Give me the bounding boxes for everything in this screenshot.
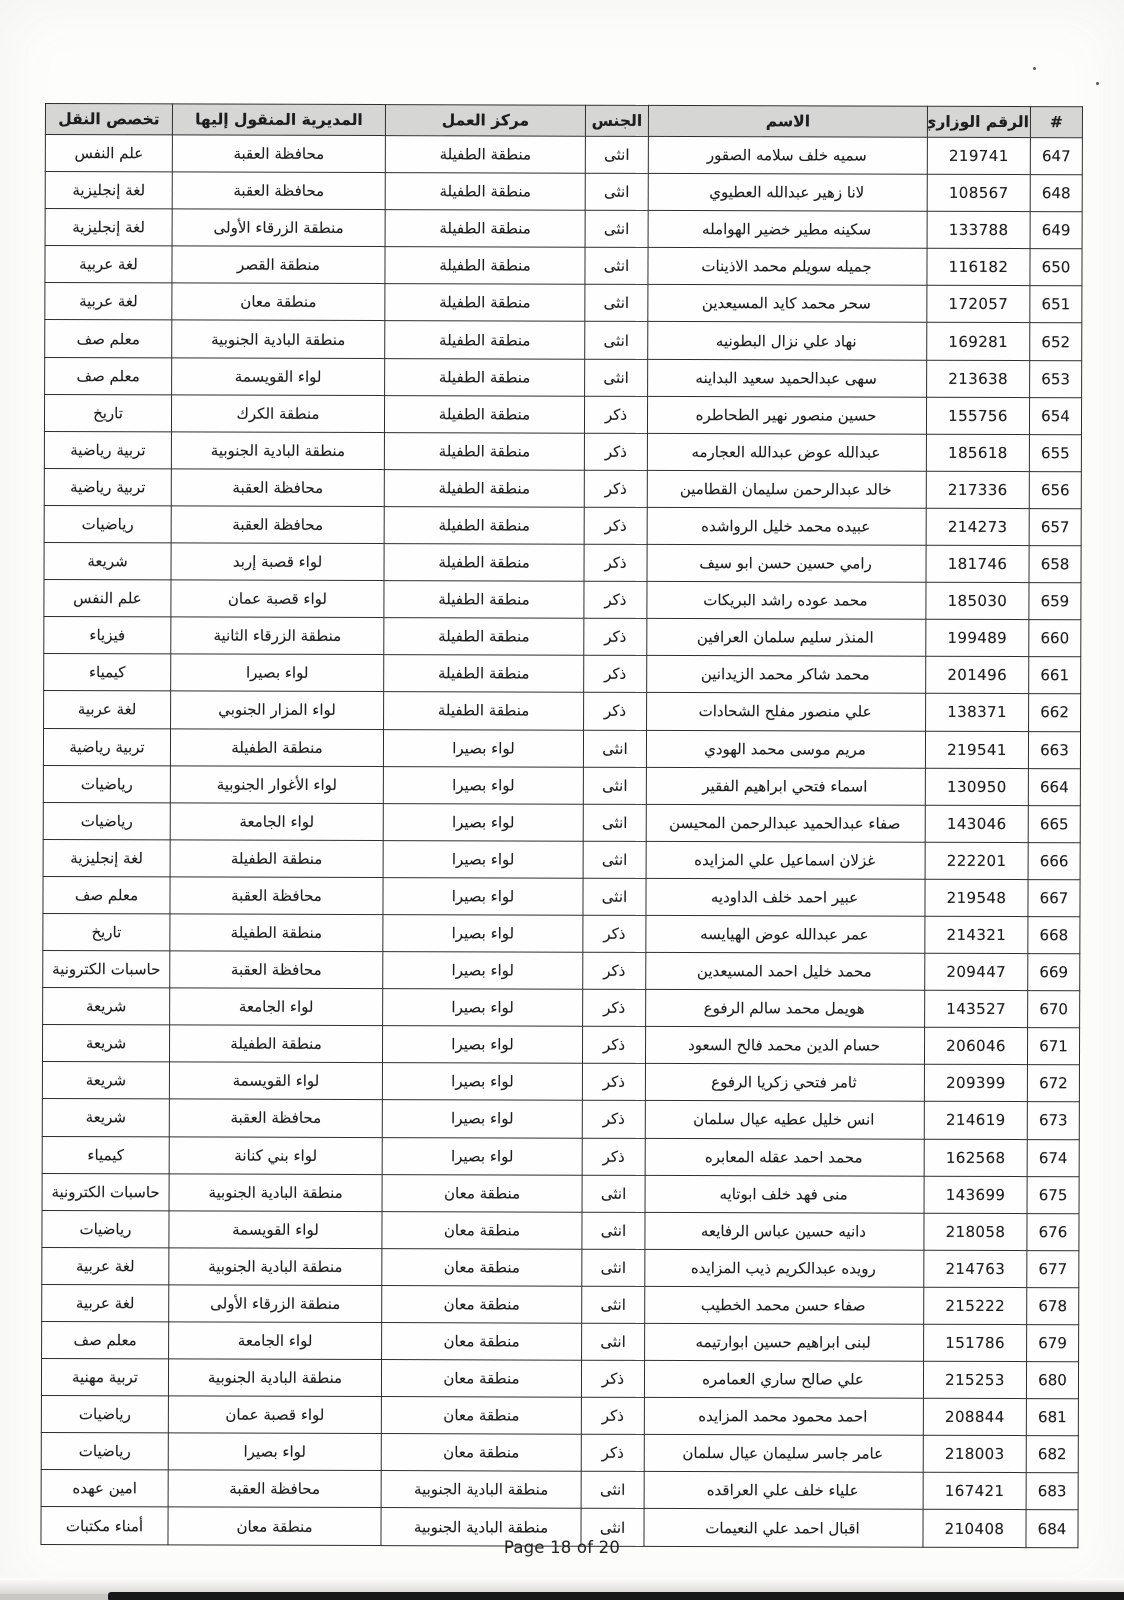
cell-index: 672 <box>1027 1065 1079 1102</box>
cell-directorate-to: منطقة البادية الجنوبية <box>171 432 384 470</box>
table-row: 663219541مريم موسى محمد الهوديانثىلواء ب… <box>43 728 1080 768</box>
cell-name: عبير احمد خلف الداوديه <box>646 878 925 916</box>
cell-gender: انثى <box>582 1323 645 1360</box>
cell-directorate-to: لواء قصبة إربد <box>171 543 384 581</box>
cell-index: 652 <box>1030 323 1082 360</box>
cell-gender: انثى <box>585 173 648 210</box>
cell-work-center: منطقة معان <box>382 1323 582 1361</box>
table-body: 647219741سميه خلف سلامه الصقورانثىمنطقة … <box>41 135 1082 1548</box>
cell-index: 661 <box>1029 657 1081 694</box>
table-row: 680215253علي صالح ساري العمامرهذكرمنطقة … <box>41 1359 1078 1399</box>
cell-name: نهاد علي نزال البطونيه <box>648 322 927 360</box>
cell-gender: ذكر <box>582 1064 645 1101</box>
cell-directorate-to: منطقة الطفيلة <box>170 914 383 952</box>
cell-specialization: شريعة <box>42 1062 169 1099</box>
cell-specialization: حاسبات الكترونية <box>43 951 170 988</box>
cell-ministry-number: 215222 <box>924 1287 1027 1324</box>
transfer-roster-table: # الرقم الوزاري الاسم الجنس مركز العمل ا… <box>40 103 1083 1548</box>
cell-ministry-number: 206046 <box>924 1028 1027 1065</box>
cell-ministry-number: 116182 <box>927 249 1030 286</box>
cell-directorate-to: لواء المزار الجنوبي <box>171 691 384 729</box>
cell-name: لانا زهير عبدالله العطيوي <box>648 173 927 211</box>
cell-index: 678 <box>1027 1287 1079 1324</box>
cell-gender: ذكر <box>581 1434 644 1471</box>
cell-specialization: فيزياء <box>44 617 171 654</box>
cell-gender: ذكر <box>584 470 647 507</box>
cell-name: منى فهد خلف ابوتايه <box>645 1175 924 1213</box>
cell-directorate-to: محافظة العقبة <box>170 877 383 915</box>
cell-index: 657 <box>1029 509 1081 546</box>
cell-index: 680 <box>1026 1362 1078 1399</box>
col-header-gender: الجنس <box>585 105 648 136</box>
cell-directorate-to: منطقة الزرقاء الثانية <box>171 617 384 655</box>
cell-work-center: لواء بصيرا <box>383 989 583 1027</box>
cell-name: سهى عبدالحميد سعيد البداينه <box>648 359 927 397</box>
cell-gender: انثى <box>585 322 648 359</box>
cell-directorate-to: منطقة البادية الجنوبية <box>172 320 385 358</box>
cell-directorate-to: محافظة العقبة <box>169 1099 382 1137</box>
cell-name: سكينه مطير خضير الهوامله <box>648 211 927 249</box>
cell-index: 655 <box>1029 434 1081 471</box>
cell-work-center: لواء بصيرا <box>383 952 583 990</box>
cell-gender: انثى <box>583 767 646 804</box>
cell-specialization: معلم صف <box>43 876 170 913</box>
cell-gender: ذكر <box>583 989 646 1026</box>
table-row: 652169281نهاد علي نزال البطونيهانثىمنطقة… <box>45 320 1082 360</box>
cell-specialization: كيمياء <box>44 654 171 691</box>
cell-directorate-to: لواء القويسمة <box>169 1062 382 1100</box>
table-row: 676218058دانيه حسين عباس الرفايعهانثىمنط… <box>42 1210 1079 1250</box>
cell-specialization: شريعة <box>42 1099 169 1136</box>
table-row: 666222201غزلان اسماعيل علي المزايدهانثىل… <box>43 839 1080 879</box>
cell-specialization: شريعة <box>43 988 170 1025</box>
cell-name: حسين منصور نهير الطحاطره <box>647 396 926 434</box>
cell-gender: انثى <box>585 247 648 284</box>
cell-ministry-number: 138371 <box>926 694 1029 731</box>
cell-work-center: منطقة الطفيلة <box>384 581 584 619</box>
table-row: 677214763رويده عبدالكريم ذيب المزايدهانث… <box>42 1247 1079 1287</box>
cell-index: 658 <box>1029 546 1081 583</box>
cell-directorate-to: منطقة الزرقاء الأولى <box>172 209 385 247</box>
cell-work-center: منطقة الطفيلة <box>384 544 584 582</box>
table-row: 665143046صفاء عبدالحميد عبدالرحمن المحيس… <box>43 802 1080 842</box>
cell-specialization: رياضيات <box>41 1433 168 1470</box>
cell-ministry-number: 199489 <box>926 619 1029 656</box>
cell-specialization: تربية رياضية <box>44 468 171 505</box>
cell-name: عبيده محمد خليل الرواشده <box>647 507 926 545</box>
cell-name: سحر محمد كايد المسيعدين <box>648 285 927 323</box>
cell-work-center: منطقة الطفيلة <box>384 507 584 545</box>
scan-edge-band <box>108 1592 1124 1600</box>
cell-specialization: رياضيات <box>43 802 170 839</box>
table-row: 678215222صفاء حسن محمد الخطيبانثىمنطقة م… <box>42 1284 1079 1324</box>
cell-gender: انثى <box>585 136 648 173</box>
table-row: 661201496محمد شاكر محمد الزيدانينذكرمنطق… <box>44 654 1081 694</box>
cell-name: عامر جاسر سليمان عيال سلمان <box>644 1435 923 1473</box>
table-row: 670143527هويمل محمد سالم الرفوعذكرلواء ب… <box>43 988 1080 1028</box>
cell-index: 674 <box>1027 1139 1079 1176</box>
cell-name: علي صالح ساري العمامره <box>644 1360 923 1398</box>
cell-name: محمد عوده راشد البريكات <box>647 582 926 620</box>
cell-ministry-number: 214321 <box>925 916 1028 953</box>
cell-work-center: منطقة الطفيلة <box>385 136 585 174</box>
cell-work-center: منطقة معان <box>382 1285 582 1323</box>
table-row: 654155756حسين منصور نهير الطحاطرهذكرمنطق… <box>44 394 1081 434</box>
cell-specialization: تربية رياضية <box>44 431 171 468</box>
cell-ministry-number: 133788 <box>927 211 1030 248</box>
cell-ministry-number: 209399 <box>924 1065 1027 1102</box>
cell-directorate-to: لواء القويسمة <box>169 1211 382 1249</box>
cell-work-center: لواء بصيرا <box>383 915 583 953</box>
cell-gender: ذكر <box>582 1026 645 1063</box>
cell-ministry-number: 208844 <box>923 1398 1026 1435</box>
cell-directorate-to: محافظة العقبة <box>171 469 384 507</box>
cell-specialization: لغة إنجليزية <box>43 839 170 876</box>
cell-directorate-to: منطقة الطفيلة <box>170 840 383 878</box>
cell-name: المنذر سليم سلمان العرافين <box>647 619 926 657</box>
cell-work-center: منطقة البادية الجنوبية <box>381 1471 581 1509</box>
cell-directorate-to: لواء قصبة عمان <box>168 1396 381 1434</box>
cell-ministry-number: 218003 <box>923 1436 1026 1473</box>
cell-name: اسماء فتحي ابراهيم الفقير <box>646 767 925 805</box>
cell-specialization: امين عهده <box>41 1470 168 1507</box>
table-row: 671206046حسام الدين محمد فالح السعودذكرل… <box>42 1025 1079 1065</box>
cell-index: 660 <box>1029 620 1081 657</box>
cell-specialization: لغة عربية <box>45 246 172 283</box>
cell-work-center: لواء بصيرا <box>383 840 583 878</box>
cell-directorate-to: محافظة العقبة <box>172 172 385 210</box>
cell-directorate-to: لواء بني كنانة <box>169 1136 382 1174</box>
cell-gender: انثى <box>582 1175 645 1212</box>
cell-work-center: لواء بصيرا <box>383 877 583 915</box>
cell-gender: انثى <box>583 730 646 767</box>
cell-gender: انثى <box>583 804 646 841</box>
cell-directorate-to: محافظة العقبة <box>172 135 385 173</box>
cell-directorate-to: لواء القويسمة <box>172 357 385 395</box>
table-row: 653213638سهى عبدالحميد سعيد البداينهانثى… <box>45 357 1082 397</box>
cell-directorate-to: محافظة العقبة <box>171 506 384 544</box>
cell-work-center: منطقة معان <box>382 1211 582 1249</box>
table-row: 668214321عمر عبدالله عوض الهيايسهذكرلواء… <box>43 913 1080 953</box>
cell-work-center: منطقة الطفيلة <box>384 432 584 470</box>
cell-ministry-number: 215253 <box>923 1361 1026 1398</box>
cell-gender: ذكر <box>582 1138 645 1175</box>
table-row: 682218003عامر جاسر سليمان عيال سلمانذكرم… <box>41 1433 1078 1473</box>
cell-name: رامي حسين حسن ابو سيف <box>647 544 926 582</box>
cell-specialization: شريعة <box>42 1025 169 1062</box>
cell-gender: ذكر <box>584 656 647 693</box>
cell-specialization: تربية مهنية <box>41 1359 168 1396</box>
col-header-directorate-to: المديرية المنقول إليها <box>172 104 385 136</box>
cell-specialization: لغة عربية <box>44 691 171 728</box>
cell-gender: ذكر <box>584 618 647 655</box>
cell-directorate-to: لواء الجامعة <box>170 988 383 1026</box>
cell-index: 662 <box>1029 694 1081 731</box>
cell-work-center: منطقة معان <box>382 1248 582 1286</box>
cell-index: 668 <box>1028 917 1080 954</box>
table-container: # الرقم الوزاري الاسم الجنس مركز العمل ا… <box>40 103 1083 1548</box>
cell-index: 649 <box>1030 212 1082 249</box>
cell-gender: انثى <box>582 1286 645 1323</box>
cell-ministry-number: 151786 <box>924 1324 1027 1361</box>
cell-name: صفاء عبدالحميد عبدالرحمن المحيسن <box>646 804 925 842</box>
cell-work-center: منطقة الطفيلة <box>384 655 584 693</box>
cell-directorate-to: منطقة الكرك <box>171 395 384 433</box>
cell-name: علي منصور مفلح الشحادات <box>647 693 926 731</box>
cell-ministry-number: 108567 <box>927 174 1030 211</box>
cell-index: 650 <box>1030 249 1082 286</box>
cell-work-center: منطقة الطفيلة <box>385 284 585 322</box>
cell-specialization: علم النفس <box>45 135 172 172</box>
cell-ministry-number: 155756 <box>926 397 1029 434</box>
cell-name: رويده عبدالكريم ذيب المزايده <box>645 1249 924 1287</box>
cell-gender: انثى <box>583 841 646 878</box>
cell-work-center: منطقة الطفيلة <box>384 618 584 656</box>
cell-gender: ذكر <box>584 693 647 730</box>
cell-gender: انثى <box>582 1212 645 1249</box>
cell-index: 663 <box>1028 731 1080 768</box>
cell-directorate-to: محافظة العقبة <box>168 1470 381 1508</box>
cell-gender: ذكر <box>581 1397 644 1434</box>
cell-index: 677 <box>1027 1250 1079 1287</box>
table-row: 669209447محمد خليل احمد المسيعدينذكرلواء… <box>43 951 1080 991</box>
cell-specialization: رياضيات <box>41 1396 168 1433</box>
cell-index: 651 <box>1030 286 1082 323</box>
cell-ministry-number: 209447 <box>925 953 1028 990</box>
table-row: 674162568محمد احمد عقله المعابرهذكرلواء … <box>42 1136 1079 1176</box>
cell-directorate-to: لواء الجامعة <box>170 803 383 841</box>
cell-work-center: منطقة الطفيلة <box>385 358 585 396</box>
cell-specialization: رياضيات <box>44 505 171 542</box>
cell-index: 666 <box>1028 842 1080 879</box>
table-row: 651172057سحر محمد كايد المسيعدينانثىمنطق… <box>45 283 1082 323</box>
cell-specialization: معلم صف <box>42 1321 169 1358</box>
cell-gender: ذكر <box>584 507 647 544</box>
cell-ministry-number: 213638 <box>927 360 1030 397</box>
cell-name: جميله سويلم محمد الاذينات <box>648 248 927 286</box>
table-row: 664130950اسماء فتحي ابراهيم الفقيرانثىلو… <box>43 765 1080 805</box>
cell-name: دانيه حسين عباس الرفايعه <box>645 1212 924 1250</box>
cell-specialization: لغة عربية <box>42 1284 169 1321</box>
table-row: 657214273عبيده محمد خليل الرواشدهذكرمنطق… <box>44 505 1081 545</box>
cell-name: محمد خليل احمد المسيعدين <box>646 952 925 990</box>
cell-name: انس خليل عطيه عيال سلمان <box>645 1101 924 1139</box>
cell-directorate-to: منطقة البادية الجنوبية <box>168 1359 381 1397</box>
cell-ministry-number: 130950 <box>925 768 1028 805</box>
cell-index: 670 <box>1028 991 1080 1028</box>
cell-gender: ذكر <box>583 952 646 989</box>
cell-index: 664 <box>1028 768 1080 805</box>
scan-speck <box>1096 82 1099 85</box>
cell-directorate-to: منطقة القصر <box>172 246 385 284</box>
cell-work-center: لواء بصيرا <box>382 1026 582 1064</box>
scanned-page: # الرقم الوزاري الاسم الجنس مركز العمل ا… <box>0 0 1124 1600</box>
table-row: 683167421علياء خلف علي العراقدهانثىمنطقة… <box>41 1470 1078 1510</box>
cell-name: خالد عبدالرحمن سليمان القطامين <box>647 470 926 508</box>
col-header-specialization: تخصص النقل <box>45 104 172 135</box>
cell-specialization: تاريخ <box>43 913 170 950</box>
cell-specialization: لغة إنجليزية <box>45 209 172 246</box>
cell-ministry-number: 172057 <box>927 286 1030 323</box>
cell-work-center: لواء بصيرا <box>383 803 583 841</box>
cell-specialization: لغة إنجليزية <box>45 172 172 209</box>
cell-gender: ذكر <box>584 433 647 470</box>
table-row: 655185618عبدالله عوض عبدالله العجارمهذكر… <box>44 431 1081 471</box>
cell-gender: ذكر <box>583 915 646 952</box>
table-row: 649133788سكينه مطير خضير الهواملهانثىمنط… <box>45 209 1082 249</box>
cell-directorate-to: لواء الجامعة <box>169 1322 382 1360</box>
cell-specialization: معلم صف <box>45 357 172 394</box>
cell-index: 653 <box>1030 360 1082 397</box>
cell-name: علياء خلف علي العراقده <box>644 1472 923 1510</box>
table-row: 659185030محمد عوده راشد البريكاتذكرمنطقة… <box>44 580 1081 620</box>
table-row: 650116182جميله سويلم محمد الاذيناتانثىمن… <box>45 246 1082 286</box>
cell-gender: انثى <box>585 210 648 247</box>
cell-work-center: منطقة الطفيلة <box>385 173 585 211</box>
cell-work-center: منطقة معان <box>382 1174 582 1212</box>
table-row: 672209399ثامر فتحي زكريا الرفوعذكرلواء ب… <box>42 1062 1079 1102</box>
cell-work-center: منطقة الطفيلة <box>385 321 585 359</box>
col-header-ministry-number: الرقم الوزاري <box>927 106 1030 137</box>
cell-name: احمد محمود محمد المزايده <box>644 1398 923 1436</box>
cell-ministry-number: 185618 <box>926 434 1029 471</box>
cell-name: هويمل محمد سالم الرفوع <box>646 990 925 1028</box>
cell-ministry-number: 143699 <box>924 1176 1027 1213</box>
cell-ministry-number: 214763 <box>924 1250 1027 1287</box>
cell-index: 647 <box>1030 138 1082 175</box>
cell-ministry-number: 219541 <box>925 731 1028 768</box>
table-row: 656217336خالد عبدالرحمن سليمان القطامينذ… <box>44 468 1081 508</box>
cell-name: عبدالله عوض عبدالله العجارمه <box>647 433 926 471</box>
cell-specialization: رياضيات <box>42 1210 169 1247</box>
cell-index: 665 <box>1028 805 1080 842</box>
cell-gender: انثى <box>582 1249 645 1286</box>
cell-ministry-number: 143046 <box>925 805 1028 842</box>
table-row: 662138371علي منصور مفلح الشحاداتذكرمنطقة… <box>44 691 1081 731</box>
table-row: 679151786لبنى ابراهيم حسين ابوارتيمهانثى… <box>42 1321 1079 1361</box>
table-row: 647219741سميه خلف سلامه الصقورانثىمنطقة … <box>45 135 1082 175</box>
col-header-name: الاسم <box>648 105 927 137</box>
cell-index: 681 <box>1026 1399 1078 1436</box>
cell-specialization: كيمياء <box>42 1136 169 1173</box>
cell-directorate-to: منطقة البادية الجنوبية <box>169 1248 382 1286</box>
cell-ministry-number: 181746 <box>926 545 1029 582</box>
cell-specialization: علم النفس <box>44 580 171 617</box>
cell-gender: انثى <box>585 359 648 396</box>
cell-ministry-number: 201496 <box>926 657 1029 694</box>
cell-name: عمر عبدالله عوض الهيايسه <box>646 915 925 953</box>
cell-work-center: منطقة معان <box>381 1397 581 1435</box>
cell-ministry-number: 185030 <box>926 582 1029 619</box>
table-row: 667219548عبير احمد خلف الداوديهانثىلواء … <box>43 876 1080 916</box>
cell-index: 669 <box>1028 954 1080 991</box>
cell-index: 676 <box>1027 1213 1079 1250</box>
cell-specialization: لغة عربية <box>42 1247 169 1284</box>
cell-name: مريم موسى محمد الهودي <box>646 730 925 768</box>
cell-index: 671 <box>1027 1028 1079 1065</box>
cell-name: ثامر فتحي زكريا الرفوع <box>645 1064 924 1102</box>
cell-specialization: رياضيات <box>43 765 170 802</box>
col-header-index: # <box>1030 107 1082 138</box>
cell-index: 679 <box>1027 1325 1079 1362</box>
table-row: 658181746رامي حسين حسن ابو سيفذكرمنطقة ا… <box>44 543 1081 583</box>
cell-ministry-number: 222201 <box>925 842 1028 879</box>
cell-gender: ذكر <box>581 1360 644 1397</box>
scan-edge-band-left <box>0 1594 108 1600</box>
cell-gender: ذكر <box>584 544 647 581</box>
col-header-work-center: مركز العمل <box>385 105 585 137</box>
table-row: 648108567لانا زهير عبدالله العطيويانثىمن… <box>45 172 1082 212</box>
cell-index: 683 <box>1026 1473 1078 1510</box>
cell-gender: ذكر <box>582 1101 645 1138</box>
cell-name: محمد شاكر محمد الزيدانين <box>647 656 926 694</box>
cell-name: صفاء حسن محمد الخطيب <box>645 1286 924 1324</box>
cell-ministry-number: 162568 <box>924 1139 1027 1176</box>
cell-ministry-number: 217336 <box>926 471 1029 508</box>
cell-gender: انثى <box>585 285 648 322</box>
cell-directorate-to: منطقة الطفيلة <box>169 1025 382 1063</box>
cell-directorate-to: لواء قصبة عمان <box>171 580 384 618</box>
cell-work-center: منطقة الطفيلة <box>385 247 585 285</box>
cell-index: 656 <box>1029 471 1081 508</box>
cell-name: حسام الدين محمد فالح السعود <box>645 1027 924 1065</box>
cell-work-center: منطقة الطفيلة <box>384 469 584 507</box>
cell-work-center: منطقة معان <box>381 1360 581 1398</box>
cell-ministry-number: 219741 <box>927 137 1030 174</box>
cell-specialization: تربية رياضية <box>43 728 170 765</box>
cell-index: 673 <box>1027 1102 1079 1139</box>
table-row: 675143699منى فهد خلف ابوتايهانثىمنطقة مع… <box>42 1173 1079 1213</box>
cell-ministry-number: 218058 <box>924 1213 1027 1250</box>
cell-index: 654 <box>1029 397 1081 434</box>
table-header-row: # الرقم الوزاري الاسم الجنس مركز العمل ا… <box>45 104 1082 138</box>
cell-work-center: لواء بصيرا <box>382 1137 582 1175</box>
cell-gender: ذكر <box>584 396 647 433</box>
cell-name: غزلان اسماعيل علي المزايده <box>646 841 925 879</box>
cell-directorate-to: منطقة الزرقاء الأولى <box>169 1285 382 1323</box>
table-row: 681208844احمد محمود محمد المزايدهذكرمنطق… <box>41 1396 1078 1436</box>
cell-specialization: شريعة <box>44 543 171 580</box>
cell-name: لبنى ابراهيم حسين ابوارتيمه <box>645 1323 924 1361</box>
cell-work-center: منطقة الطفيلة <box>384 395 584 433</box>
cell-gender: ذكر <box>584 581 647 618</box>
cell-gender: انثى <box>581 1472 644 1509</box>
cell-ministry-number: 219548 <box>925 879 1028 916</box>
cell-directorate-to: لواء بصيرا <box>168 1433 381 1471</box>
cell-work-center: لواء بصيرا <box>382 1063 582 1101</box>
cell-work-center: منطقة معان <box>381 1434 581 1472</box>
cell-work-center: منطقة الطفيلة <box>384 692 584 730</box>
page-footer: Page 18 of 20 <box>0 1538 1124 1557</box>
cell-directorate-to: لواء بصيرا <box>171 654 384 692</box>
cell-ministry-number: 214273 <box>926 508 1029 545</box>
cell-ministry-number: 167421 <box>923 1473 1026 1510</box>
cell-directorate-to: منطقة الطفيلة <box>170 728 383 766</box>
cell-specialization: تاريخ <box>44 394 171 431</box>
cell-index: 667 <box>1028 879 1080 916</box>
cell-directorate-to: لواء الأغوار الجنوبية <box>170 765 383 803</box>
cell-ministry-number: 214619 <box>924 1102 1027 1139</box>
cell-ministry-number: 169281 <box>927 323 1030 360</box>
cell-index: 682 <box>1026 1436 1078 1473</box>
cell-index: 675 <box>1027 1176 1079 1213</box>
cell-ministry-number: 143527 <box>925 990 1028 1027</box>
cell-work-center: لواء بصيرا <box>383 766 583 804</box>
cell-work-center: لواء بصيرا <box>383 729 583 767</box>
cell-work-center: منطقة الطفيلة <box>385 210 585 248</box>
scan-speck <box>1033 67 1036 70</box>
table-row: 660199489المنذر سليم سلمان العرافينذكرمن… <box>44 617 1081 657</box>
